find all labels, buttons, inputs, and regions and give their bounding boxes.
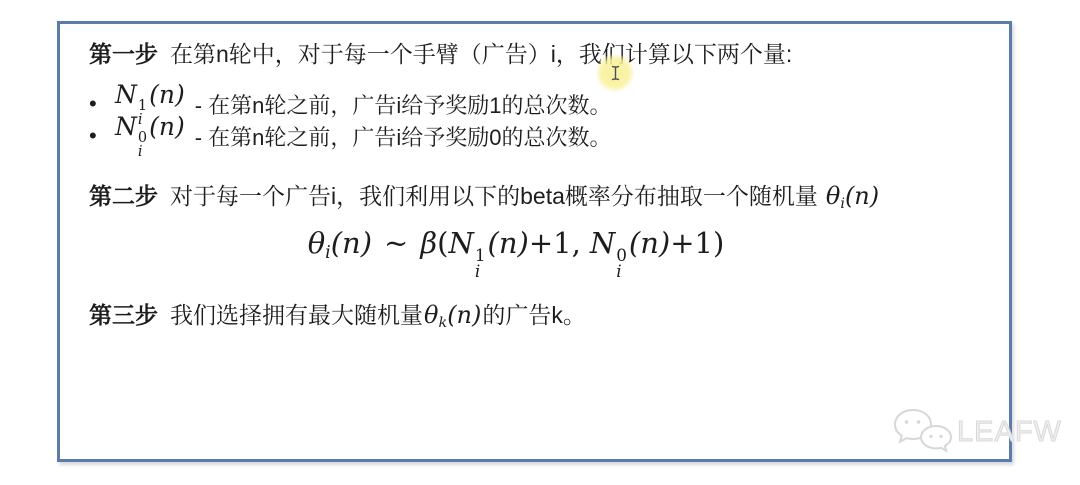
math-arg-n: (n)	[488, 226, 529, 260]
math-arg-n: (n)	[629, 226, 670, 260]
step3-text-after: 的广告k。	[482, 302, 586, 328]
bullet-icon: •	[89, 91, 115, 117]
step2-text: 对于每一个广告i，我们利用以下的beta概率分布抽取一个随机量	[170, 183, 818, 209]
math-arg-n: (n)	[149, 80, 185, 109]
plus-one-close: +1)	[670, 226, 724, 260]
step1-line: 第一步在第n轮中，对于每一个手臂（广告）i，我们计算以下两个量:	[89, 39, 792, 69]
step2-label: 第二步	[89, 183, 158, 209]
bullet-icon: •	[89, 123, 115, 149]
math-var-N: N	[115, 112, 137, 141]
math-var-N: N	[590, 226, 615, 260]
math-var-N: N	[115, 80, 137, 109]
subscript-i: i	[138, 146, 143, 160]
math-var-beta: β	[420, 226, 437, 260]
supsub-1-i: 1i	[475, 248, 486, 280]
math-N-i-0: N0i(n)	[115, 112, 185, 160]
math-arg-n: (n)	[447, 301, 481, 329]
step1-label: 第一步	[89, 41, 158, 67]
math-arg-n: (n)	[331, 226, 372, 260]
math-arg-n: (n)	[149, 112, 185, 141]
math-var-N: N	[448, 226, 473, 260]
step3-text-before: 我们选择拥有最大随机量	[170, 302, 423, 328]
screenshot-root: { "panel": { "border_color": "#5b7cab", …	[0, 0, 1080, 485]
math-var-theta: θ	[424, 301, 438, 329]
content-panel: 第一步在第n轮中，对于每一个手臂（广告）i，我们计算以下两个量: • N1i(n…	[57, 21, 1012, 462]
math-theta-k-n: θk(n)	[424, 302, 481, 329]
step1-text: 在第n轮中，对于每一个手臂（广告）i，我们计算以下两个量:	[170, 41, 792, 67]
bullet-reward0-row: • N0i(n) - 在第n轮之前，广告i给予奖励0的总次数。	[89, 120, 612, 152]
math-var-theta: θ	[826, 182, 840, 210]
subscript-k: k	[438, 315, 447, 331]
step2-line: 第二步对于每一个广告i，我们利用以下的beta概率分布抽取一个随机量θi(n)	[89, 181, 879, 219]
supsub-0-i: 0i	[616, 248, 627, 280]
beta-distribution-formula: θi(n)~β(N1i(n)+1,N0i(n)+1)	[60, 222, 972, 264]
step3-line: 第三步我们选择拥有最大随机量θk(n)的广告k。	[89, 300, 586, 338]
plus-one-comma: +1,	[529, 226, 581, 260]
tilde-operator: ~	[384, 226, 408, 260]
watermark: LEAFW	[891, 406, 1062, 458]
subscript-i: i	[475, 264, 480, 280]
bullet-reward0-text: - 在第n轮之前，广告i给予奖励0的总次数。	[195, 121, 612, 152]
bullet-reward1-text: - 在第n轮之前，广告i给予奖励1的总次数。	[195, 89, 612, 120]
ibeam-cursor-icon	[610, 65, 621, 81]
subscript-i: i	[616, 264, 621, 280]
step3-label: 第三步	[89, 302, 158, 328]
text-cursor-highlight	[596, 54, 634, 92]
wechat-icon	[891, 406, 955, 458]
math-var-theta: θ	[308, 226, 325, 260]
watermark-text: LEAFW	[957, 416, 1062, 449]
open-paren: (	[437, 226, 448, 260]
math-theta-i-n: θi(n)	[826, 183, 879, 210]
supsub-0-i: 0i	[138, 132, 147, 160]
math-arg-n: (n)	[845, 182, 879, 210]
